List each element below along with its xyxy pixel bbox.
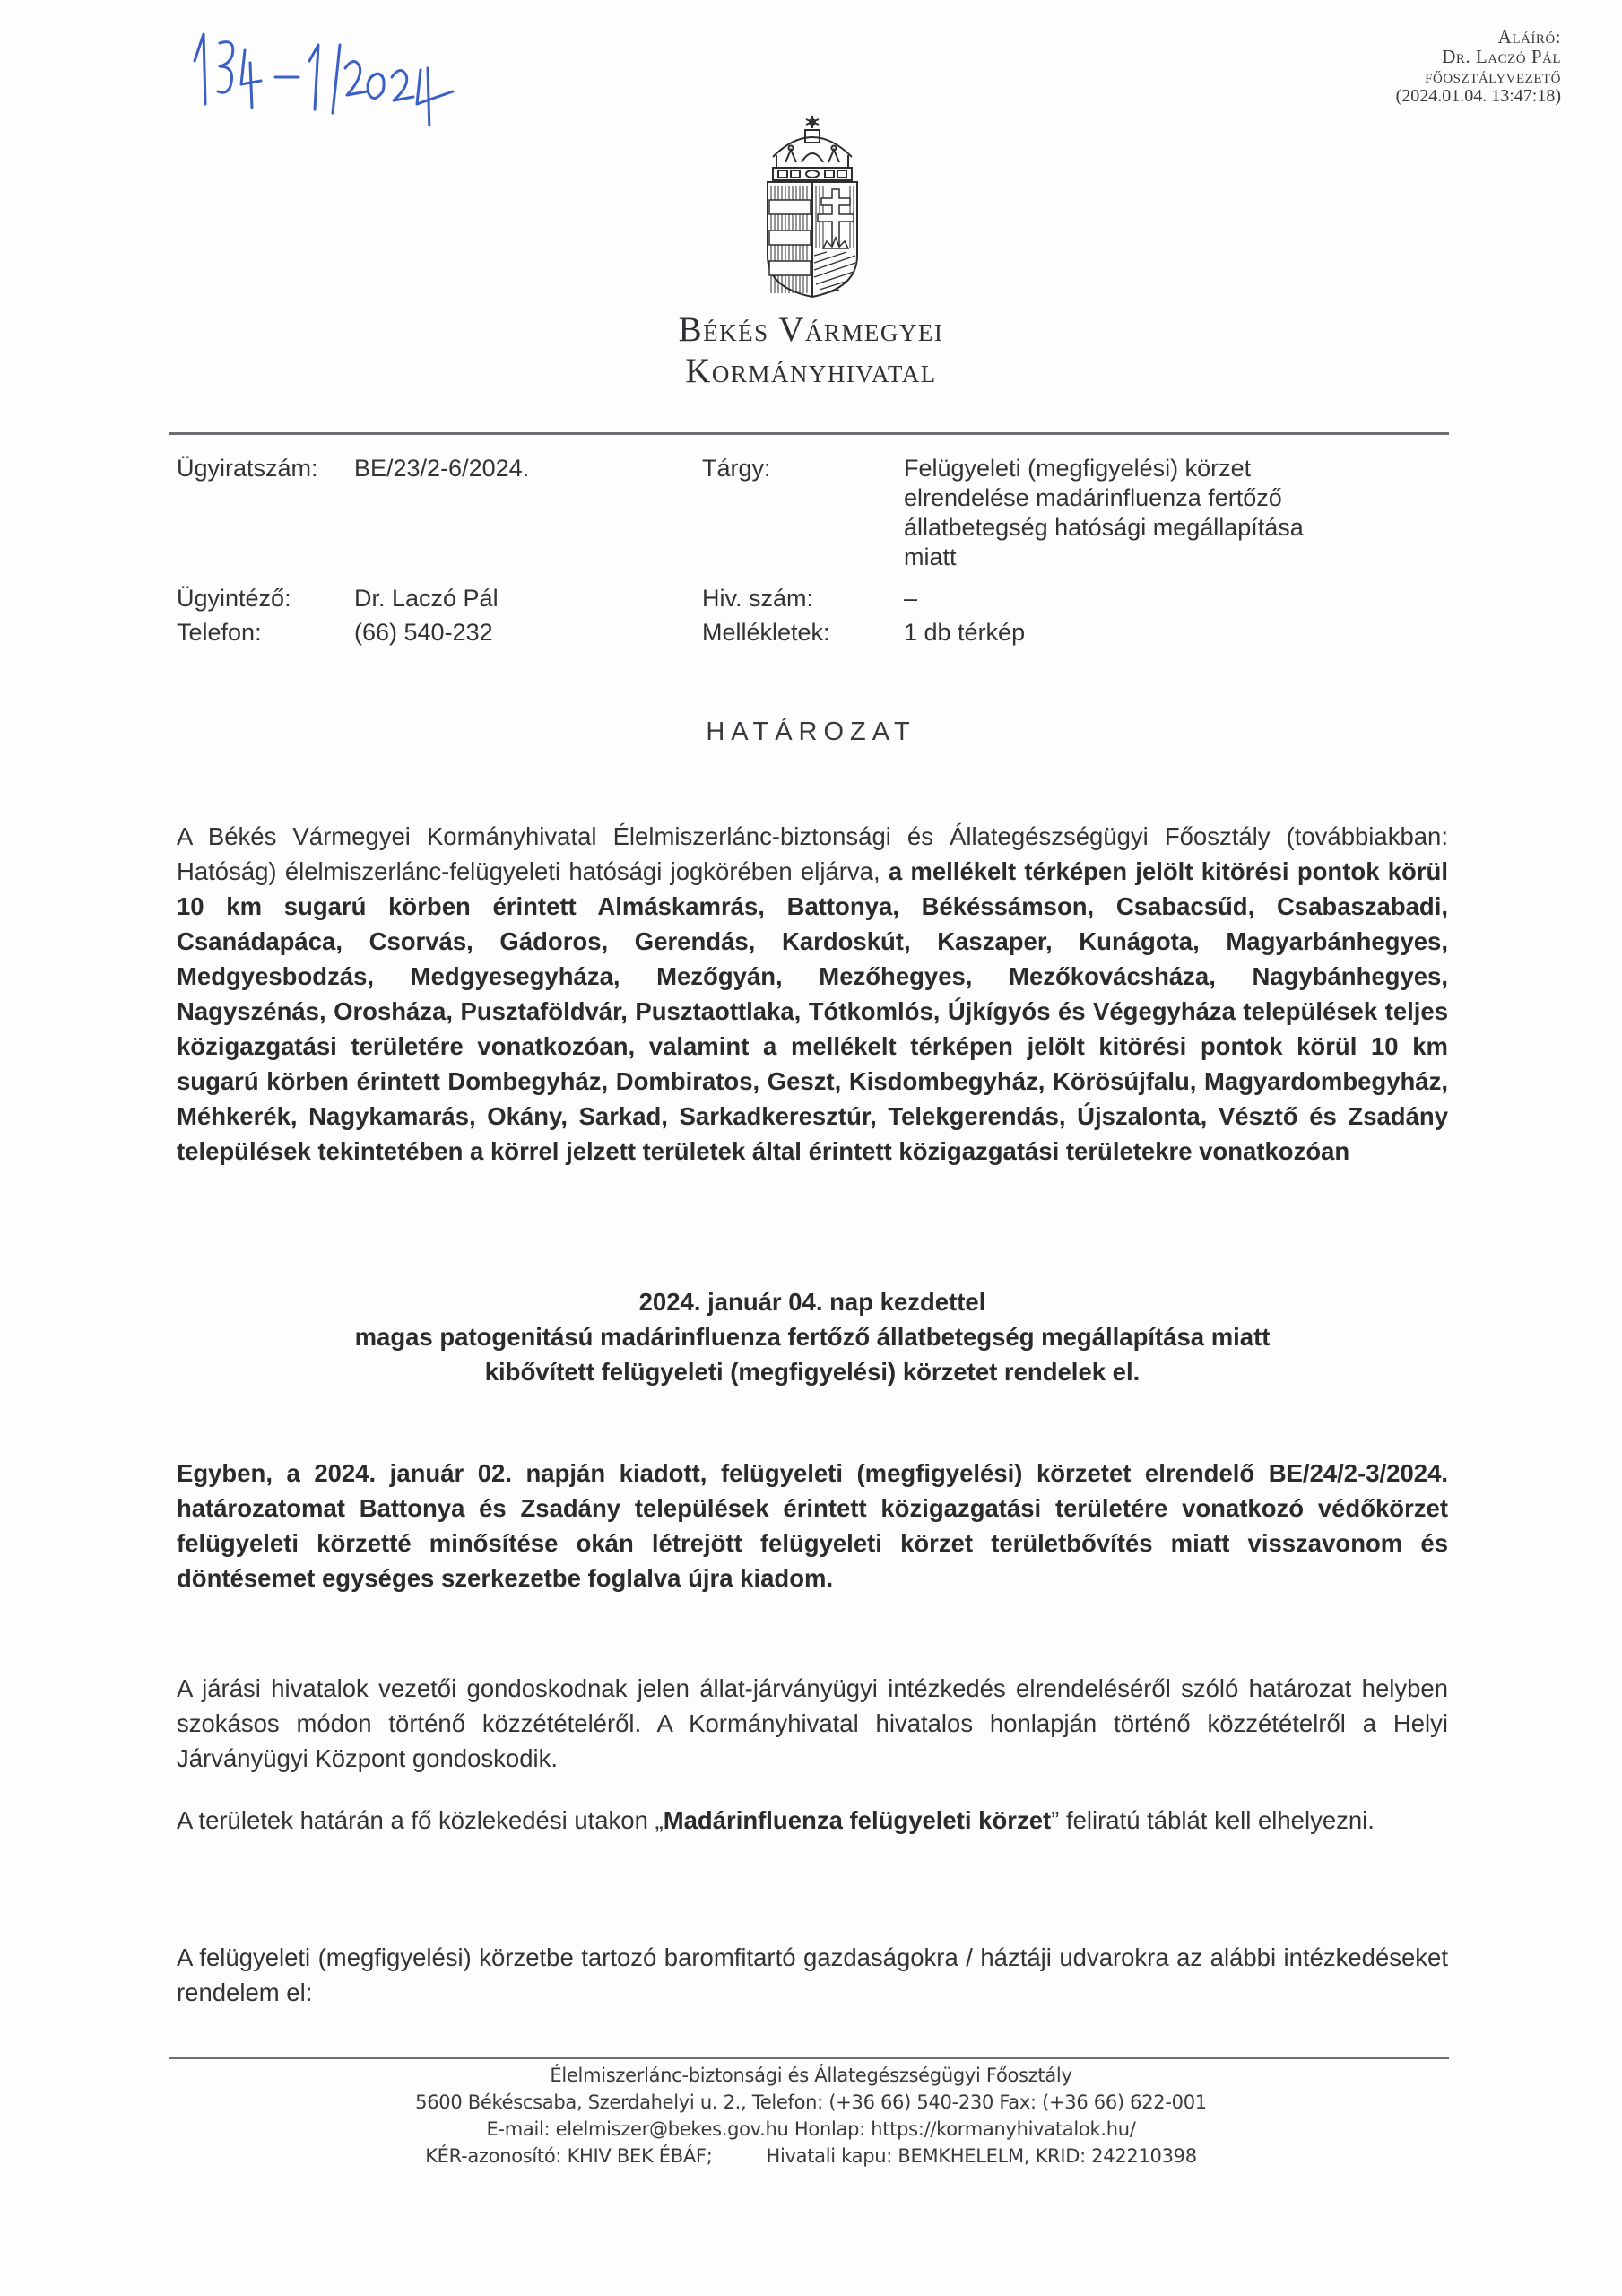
signage-sign-text: Madárinfluenza felügyeleti körzet [664,1806,1051,1834]
subject-label: Tárgy: [702,453,771,483]
signage-text-after: ” feliratú táblát kell elhelyezni. [1051,1806,1375,1834]
footer-ker-id: KÉR-azonosító: KHIV BEK ÉBÁF; [425,2145,712,2167]
phone: (66) 540-232 [354,617,493,648]
footer-address: 5600 Békéscsaba, Szerdahelyi u. 2., Tele… [0,2089,1622,2116]
revocation-text: Egyben, a 2024. január 02. napján kiadot… [177,1459,1448,1592]
phone-label: Telefon: [177,617,262,648]
footer-ids: KÉR-azonosító: KHIV BEK ÉBÁF;Hivatali ka… [0,2143,1622,2170]
handler-label: Ügyintéző: [177,583,291,613]
document-title: HATÁROZAT [0,717,1622,747]
handler: Dr. Laczó Pál [354,583,499,613]
decision-intro-paragraph: A Békés Vármegyei Kormányhivatal Élelmis… [177,819,1448,1169]
decision-line-1: 2024. január 04. nap kezdettel [177,1284,1448,1319]
subject-line-1: Felügyeleti (megfigyelési) körzet [904,453,1251,483]
ref-number: – [904,583,917,613]
footer: Élelmiszerlánc-biztonsági és Állategészs… [0,2062,1622,2170]
case-number-label: Ügyiratszám: [177,453,318,483]
publication-paragraph: A járási hivatalok vezetői gondoskodnak … [177,1671,1448,1776]
decision-line-3: kibővített felügyeleti (megfigyelési) kö… [177,1354,1448,1389]
decision-statement: 2024. január 04. nap kezdettel magas pat… [177,1284,1448,1389]
ref-number-label: Hiv. szám: [702,583,813,613]
subject-line-3: állatbetegség hatósági megállapítása [904,512,1304,543]
footer-divider [169,2057,1449,2059]
case-number: BE/23/2-6/2024. [354,453,529,483]
subject-line-2: elrendelése madárinfluenza fertőző [904,483,1282,513]
signage-paragraph: A területek határán a fő közlekedési uta… [177,1803,1448,1838]
decision-line-2: magas patogenitású madárinfluenza fertőz… [177,1319,1448,1354]
footer-gateway: Hivatali kapu: BEMKHELELM, KRID: 2422103… [766,2145,1196,2167]
revocation-paragraph: Egyben, a 2024. január 02. napján kiadot… [177,1456,1448,1596]
measures-intro-paragraph: A felügyeleti (megfigyelési) körzetbe ta… [177,1940,1448,2010]
footer-contact: E-mail: elelmiszer@bekes.gov.hu Honlap: … [0,2116,1622,2143]
subject-line-4: miatt [904,542,957,572]
footer-department: Élelmiszerlánc-biztonsági és Állategészs… [0,2062,1622,2089]
attachments: 1 db térkép [904,617,1025,648]
attachments-label: Mellékletek: [702,617,830,648]
signage-text-before: A területek határán a fő közlekedési uta… [177,1806,664,1834]
document-metadata: Ügyiratszám: BE/23/2-6/2024. Tárgy: Felü… [0,0,1622,682]
affected-settlements-text: a mellékelt térképen jelölt kitörési pon… [177,857,1448,1165]
